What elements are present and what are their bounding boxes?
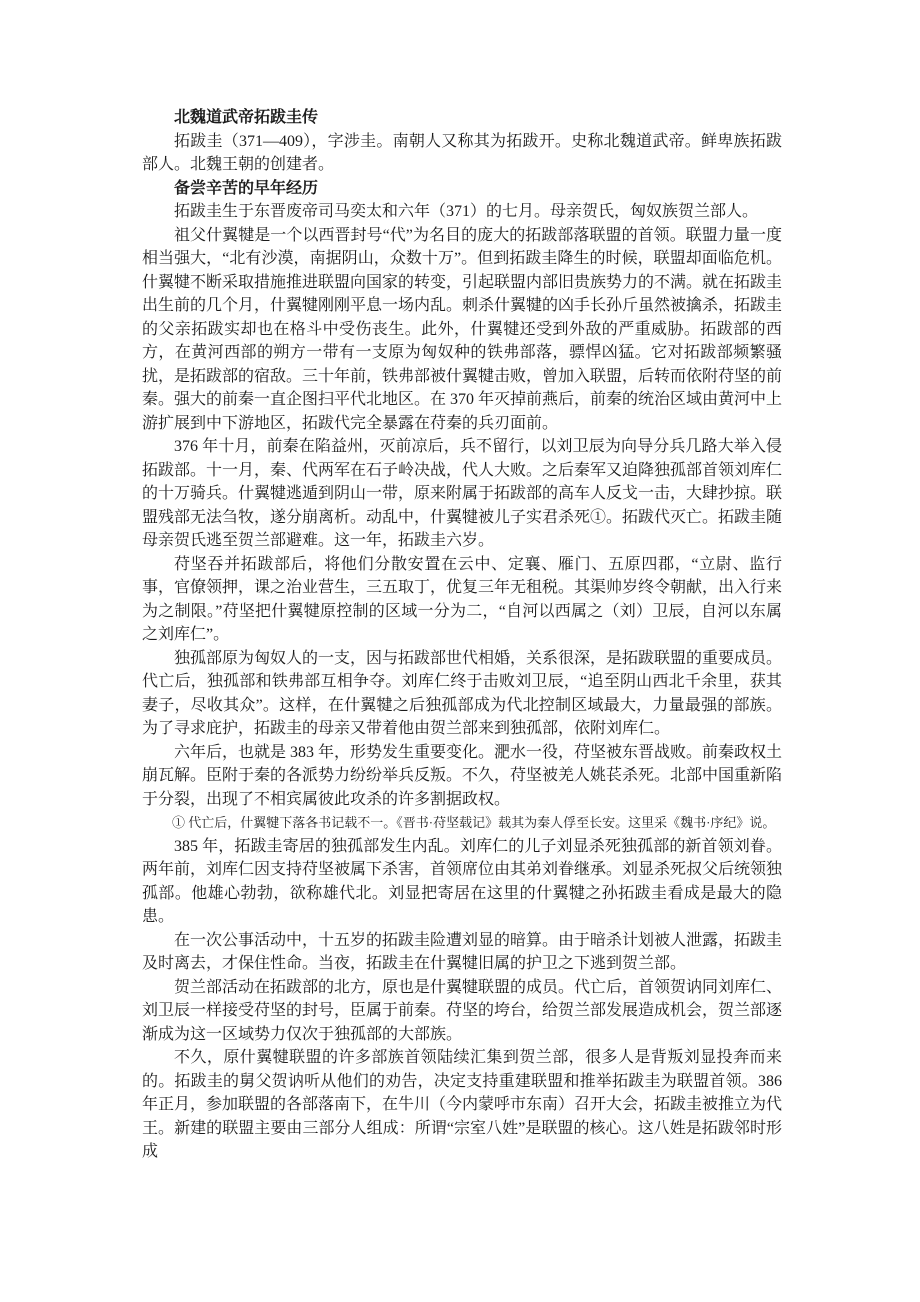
paragraph-year-385: 385 年，拓跋圭寄居的独孤部发生内乱。刘库仁的儿子刘显杀死独孤部的新首领刘眷。… <box>142 835 782 929</box>
intro-paragraph: 拓跋圭（371—409），字涉圭。南朝人又称其为拓跋开。史称北魏道武帝。鲜卑族拓… <box>142 130 782 177</box>
paragraph-fujian-annexation: 苻坚吞并拓跋部后，将他们分散安置在云中、定襄、雁门、五原四郡，“立尉、监行事，官… <box>142 553 782 647</box>
section-heading: 备尝辛苦的早年经历 <box>142 177 782 201</box>
document-title: 北魏道武帝拓跋圭传 <box>142 106 782 130</box>
paragraph-dugu-tribe: 独孤部原为匈奴人的一支，因与拓跋部世代相婚，关系很深，是拓跋联盟的重要成员。代亡… <box>142 647 782 741</box>
paragraph-alliance-rebuilt: 不久，原什翼犍联盟的许多部族首领陆续汇集到贺兰部，很多人是背叛刘显投奔而来的。拓… <box>142 1046 782 1164</box>
paragraph-grandfather: 祖父什翼犍是一个以西晋封号“代”为名目的庞大的拓跋部落联盟的首领。联盟力量一度相… <box>142 224 782 436</box>
paragraph-assassination-attempt: 在一次公事活动中，十五岁的拓跋圭险遭刘显的暗算。由于暗杀计划被人泄露，拓跋圭及时… <box>142 929 782 976</box>
paragraph-helan-tribe: 贺兰部活动在拓跋部的北方，原也是什翼犍联盟的成员。代亡后，首领贺讷同刘库仁、刘卫… <box>142 976 782 1047</box>
paragraph-birth: 拓跋圭生于东晋废帝司马奕太和六年（371）的七月。母亲贺氏，匈奴族贺兰部人。 <box>142 200 782 224</box>
paragraph-invasion-376: 376 年十月，前秦在陷益州，灭前凉后，兵不留行，以刘卫辰为向导分兵几路大举入侵… <box>142 435 782 553</box>
document-page: 北魏道武帝拓跋圭传 拓跋圭（371—409），字涉圭。南朝人又称其为拓跋开。史称… <box>0 0 920 1302</box>
footnote-1: ① 代亡后，什翼犍下落各书记载不一。《晋书·苻坚载记》载其为秦人俘至长安。这里采… <box>142 811 782 835</box>
paragraph-year-383: 六年后，也就是 383 年，形势发生重要变化。淝水一役，苻坚被东晋战败。前秦政权… <box>142 741 782 812</box>
